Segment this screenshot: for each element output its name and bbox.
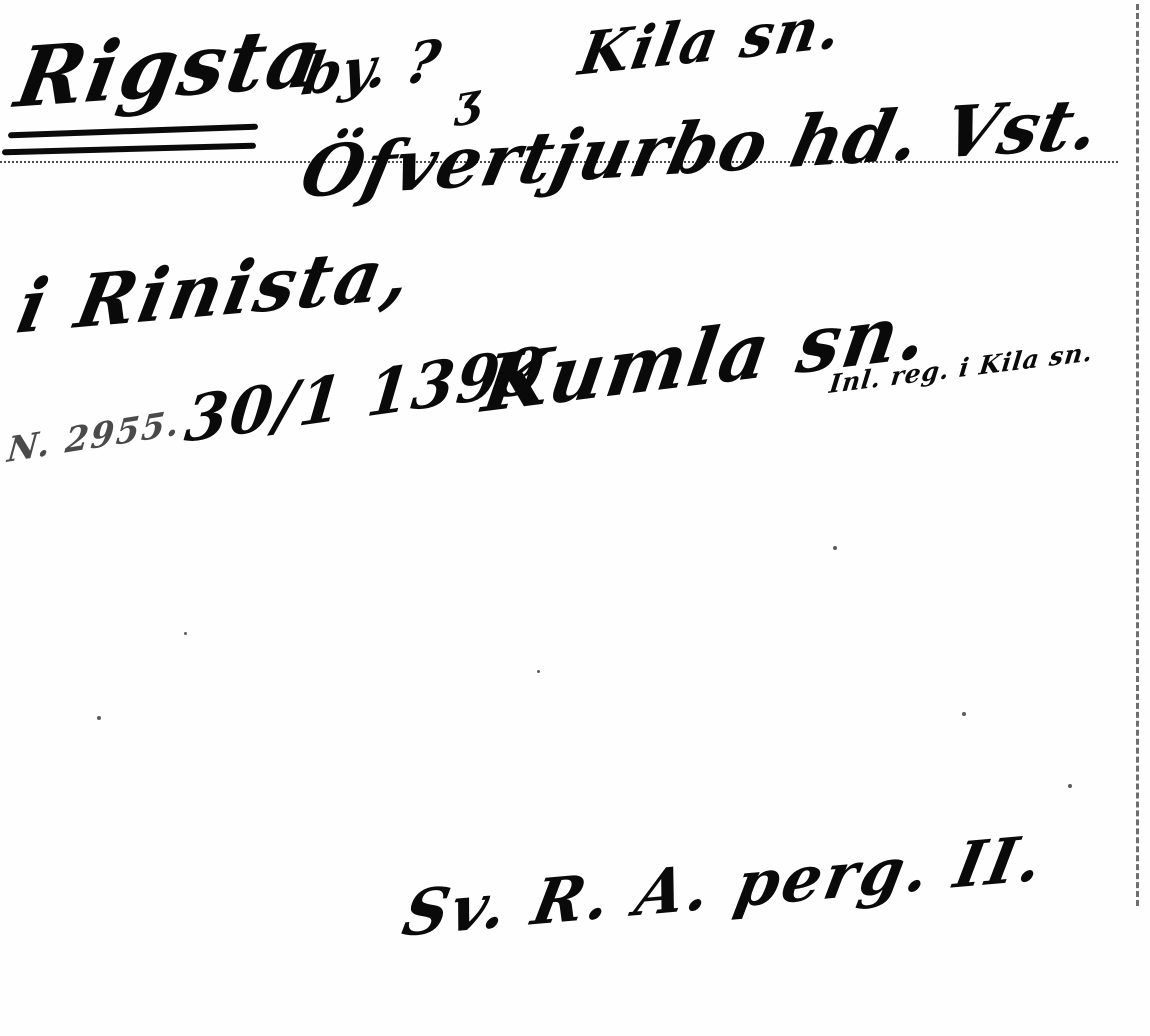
issued-at-line: i Rinista,	[12, 236, 420, 344]
heading-extra-query-mark: ʒ	[455, 77, 480, 126]
scan-speck	[184, 632, 187, 635]
heading-underline-stroke	[2, 143, 256, 156]
scan-speck	[1068, 784, 1072, 788]
district-line: Öfvertjurbo hd. Vst.	[295, 88, 1107, 208]
parish-top-right: Kila sn.	[575, 0, 847, 84]
archive-index-card: Rigsta by. ? ʒ Kila sn. Öfvertjurbo hd. …	[0, 0, 1150, 1036]
scan-speck	[97, 716, 101, 720]
scan-speck	[833, 546, 837, 550]
heading-place-name: Rigsta	[10, 15, 330, 120]
source-reference: Sv. R. A. perg. II.	[398, 827, 1050, 946]
heading-suffix: by. ?	[298, 32, 444, 104]
scan-speck	[962, 712, 966, 716]
scan-edge-line	[1136, 4, 1139, 906]
parish-main: Kumla sn.	[478, 291, 934, 424]
pencil-number: N. 2955.	[6, 406, 182, 468]
heading-underline-stroke	[8, 124, 258, 139]
scan-speck	[537, 670, 540, 673]
